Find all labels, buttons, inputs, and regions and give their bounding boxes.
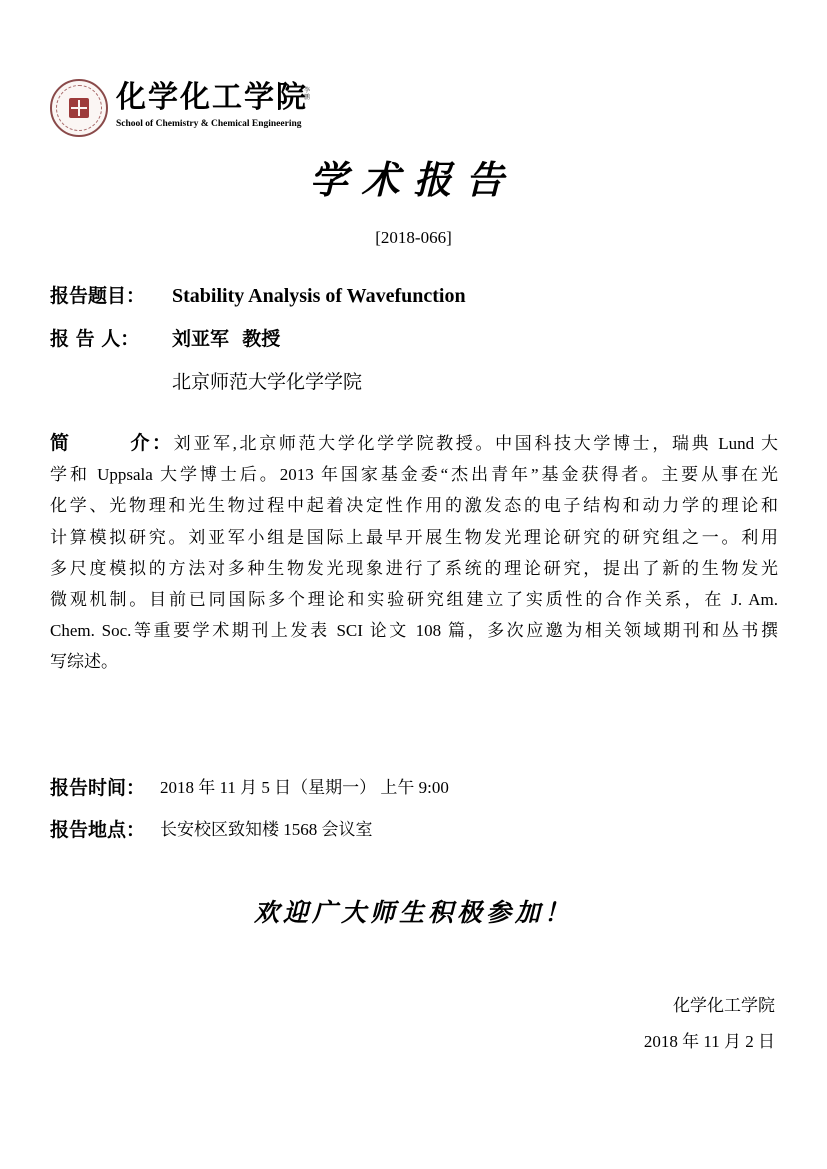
speaker-name: 刘亚军 教授 bbox=[172, 327, 280, 351]
report-topic: Stability Analysis of Wavefunction bbox=[172, 284, 466, 308]
bio-line: 化学、光物理和光生物过程中起着决定性作用的激发态的电子结构和动力学的理论和 bbox=[50, 490, 778, 521]
speaker-label: 报 告 人： bbox=[50, 327, 139, 351]
issue-date: 2018 年 11 月 2 日 bbox=[644, 1030, 775, 1054]
university-seal-icon bbox=[50, 79, 108, 137]
bio-label-first: 简 bbox=[50, 428, 128, 459]
school-logo: 化学化工学院 李鹏 School of Chemistry & Chemical… bbox=[50, 79, 320, 141]
report-time: 2018 年 11 月 5 日（星期一） 上午 9:00 bbox=[160, 776, 449, 800]
bio-label: 简介： bbox=[50, 428, 171, 459]
bio-line: 计算模拟研究。刘亚军小组是国际上最早开展生物发光理论研究的研究组之一。利用 bbox=[50, 522, 778, 553]
welcome-message: 欢迎广大师生积极参加！ bbox=[0, 893, 827, 933]
document-number: [2018-066] bbox=[0, 228, 827, 248]
calligraphy-signature: 李鹏 bbox=[304, 87, 312, 101]
report-location: 长安校区致知楼 1568 会议室 bbox=[160, 818, 373, 842]
location-label: 报告地点： bbox=[50, 818, 145, 842]
organizer-signature: 化学化工学院 bbox=[673, 994, 775, 1018]
bio-line: 写综述。 bbox=[50, 646, 778, 677]
speaker-affiliation: 北京师范大学化学学院 bbox=[172, 370, 362, 394]
speaker-bio: 简介：刘亚军,北京师范大学化学学院教授。中国科技大学博士，瑞典 Lund 大 学… bbox=[50, 428, 778, 678]
bio-line: 简介：刘亚军,北京师范大学化学学院教授。中国科技大学博士，瑞典 Lund 大 bbox=[50, 428, 778, 459]
time-label: 报告时间： bbox=[50, 776, 145, 800]
bio-line: 微观机制。目前已同国际多个理论和实验研究组建立了实质性的合作关系，在 J. Am… bbox=[50, 584, 778, 615]
bio-line: 多尺度模拟的方法对多种生物发光现象进行了系统的理论研究，提出了新的生物发光 bbox=[50, 553, 778, 584]
page-title: 学术报告 bbox=[0, 155, 827, 205]
bio-text: 刘亚军,北京师范大学化学学院教授。中国科技大学博士，瑞典 Lund 大 bbox=[171, 434, 778, 453]
bio-label-second: 介： bbox=[128, 432, 171, 454]
bio-line: 学和 Uppsala 大学博士后。2013 年国家基金委“杰出青年”基金获得者。… bbox=[50, 459, 778, 490]
seal-emblem bbox=[69, 98, 89, 118]
topic-label: 报告题目： bbox=[50, 284, 145, 308]
bio-line: Chem. Soc.等重要学术期刊上发表 SCI 论文 108 篇，多次应邀为相… bbox=[50, 615, 778, 646]
school-name-cn: 化学化工学院 bbox=[116, 81, 308, 115]
school-name-en: School of Chemistry & Chemical Engineeri… bbox=[116, 119, 302, 129]
